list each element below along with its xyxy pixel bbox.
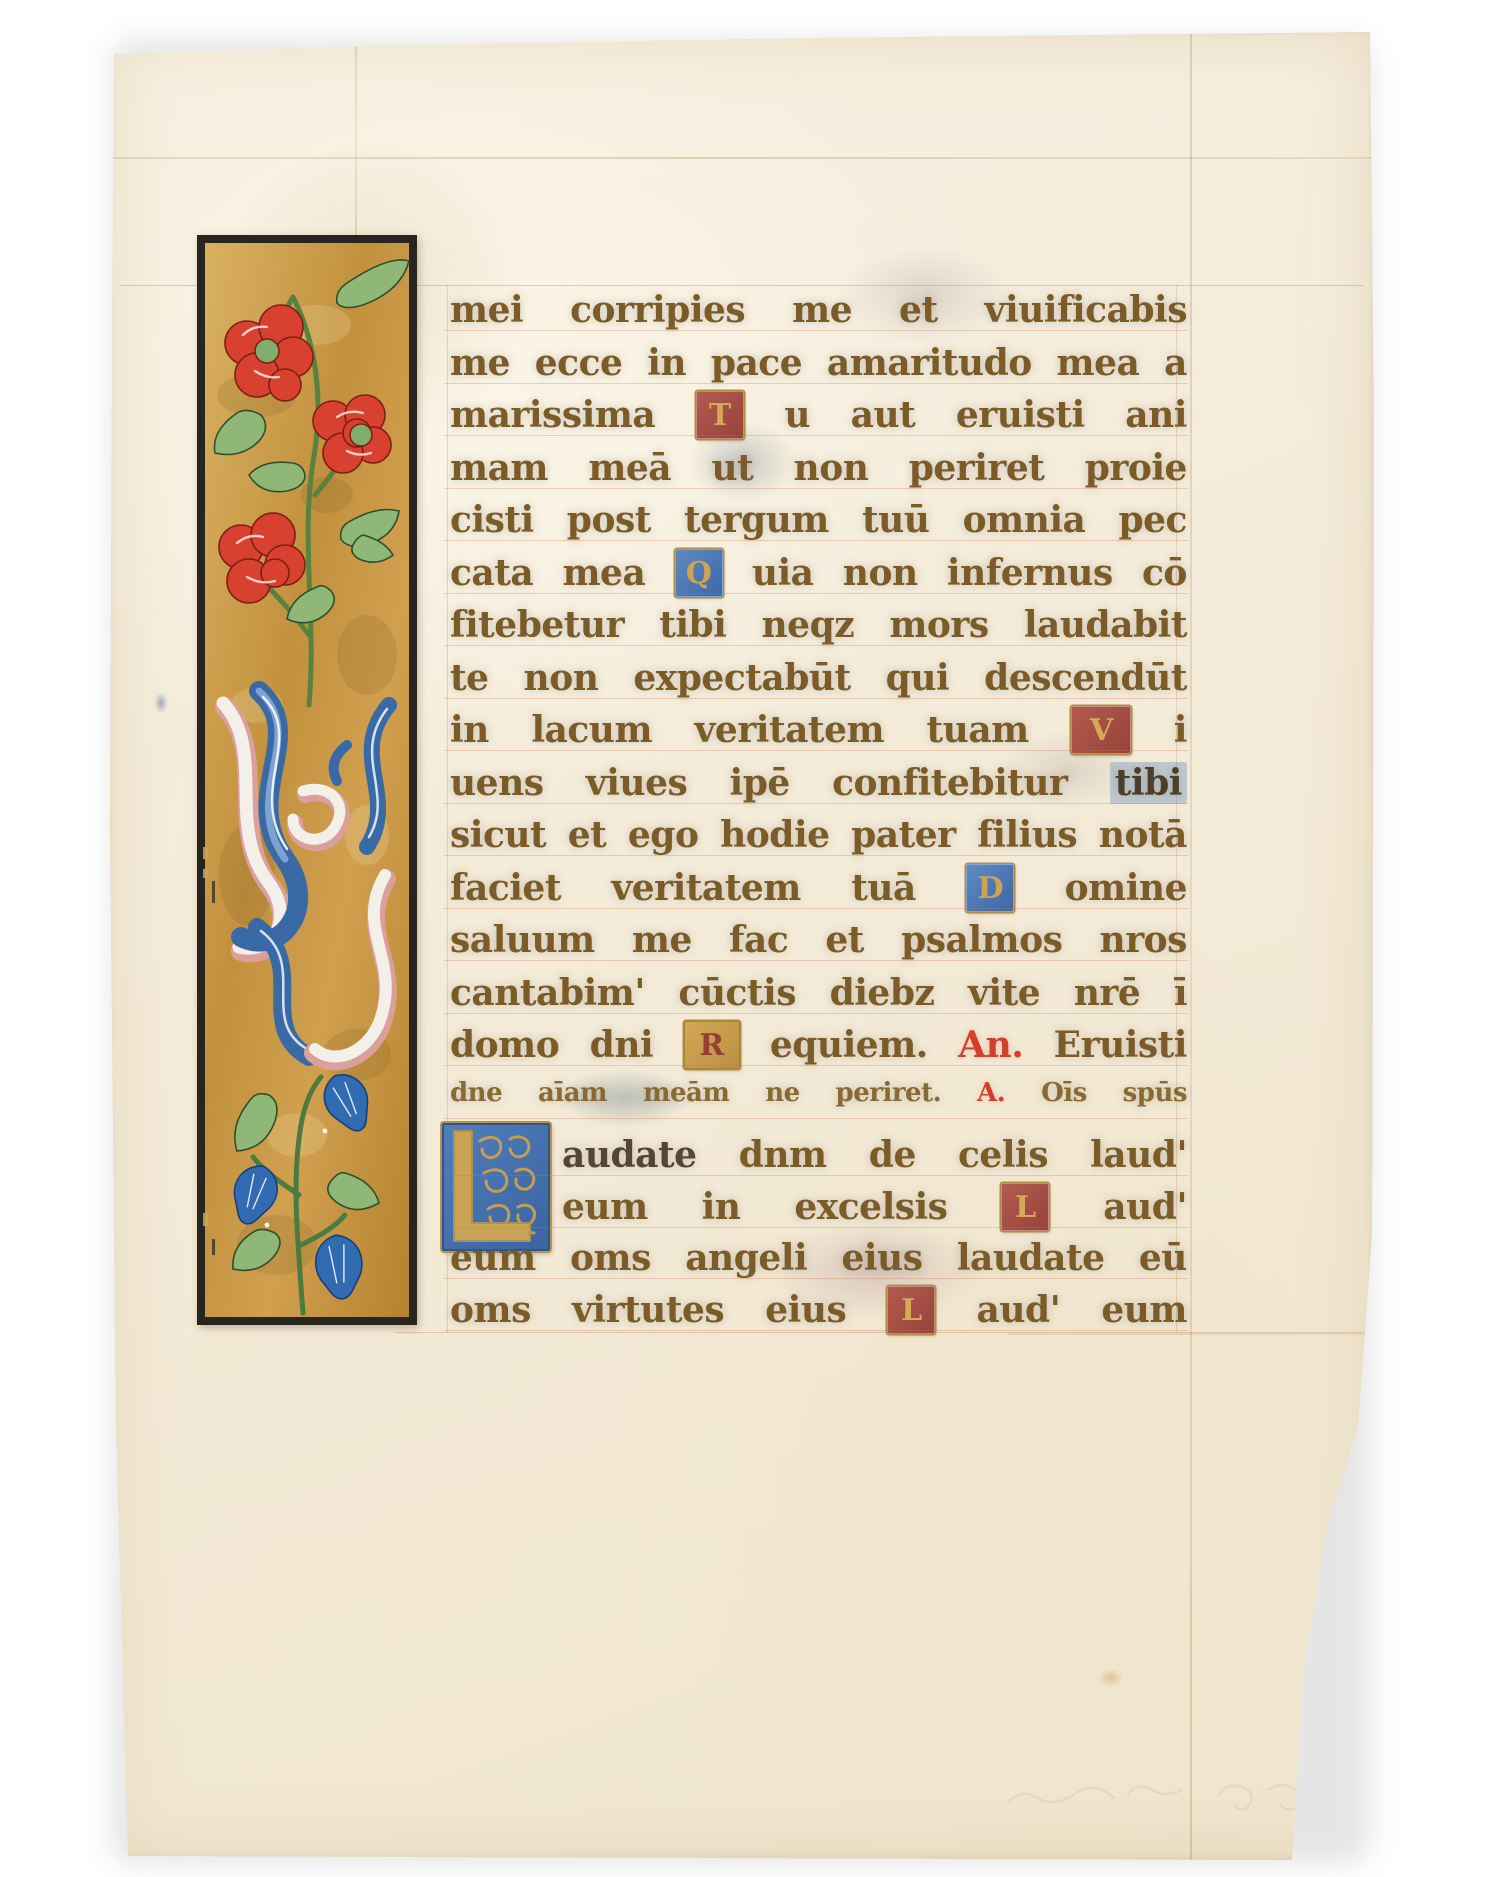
word: eum <box>450 1237 536 1279</box>
word: dni <box>590 1024 654 1066</box>
ruling-line <box>444 1278 1188 1279</box>
ruling-line <box>444 855 1188 856</box>
word: marissima <box>450 394 655 436</box>
word: aud' <box>977 1289 1061 1331</box>
word: tuā <box>851 867 916 909</box>
ruling-line <box>444 908 1188 909</box>
word: dnm <box>739 1134 827 1176</box>
illuminated-border-panel <box>197 235 417 1325</box>
ruling-line <box>444 1065 1188 1066</box>
text-line: inlacumveritatemtuamVi <box>450 700 1187 760</box>
word: i <box>1174 709 1187 751</box>
word: pace <box>711 342 802 384</box>
word: ipē <box>730 762 790 804</box>
ruling-line <box>444 960 1188 961</box>
text-line: fitebeturtibineqzmorslaudabit <box>450 595 1187 655</box>
word: meā <box>588 447 671 489</box>
word: mam <box>450 447 548 489</box>
word: veritatem <box>695 709 885 751</box>
word: faciet <box>450 867 561 909</box>
word: notā <box>1099 814 1187 856</box>
word: meām <box>643 1078 729 1108</box>
word: dne <box>450 1078 502 1108</box>
word: vite <box>968 972 1040 1014</box>
word: fitebetur <box>450 604 624 646</box>
word: uens <box>450 762 544 804</box>
word: equiem. <box>770 1024 928 1066</box>
text-line: sicutetegohodiepaterfiliusnotā <box>450 805 1187 865</box>
word: psalmos <box>901 919 1062 961</box>
word: tibi <box>659 604 726 646</box>
word: angeli <box>685 1237 807 1279</box>
horizontal-crease <box>108 157 1374 159</box>
text-line: eumomsangelieiuslaudateeū <box>450 1228 1187 1288</box>
text-line: omsvirtuteseiusLaud'eum <box>450 1280 1187 1340</box>
ruling-line <box>444 488 1188 489</box>
word: neqz <box>761 604 854 646</box>
word: mei <box>450 289 523 331</box>
word: u <box>784 394 810 436</box>
vertical-crease-left <box>355 44 357 236</box>
word: in <box>647 342 686 384</box>
word: expectabūt <box>633 657 850 699</box>
border-panel-art <box>197 235 417 1325</box>
ruling-line <box>444 750 1188 751</box>
text-line: facietveritatemtuāDomine <box>450 858 1187 918</box>
word: descendūt <box>984 657 1187 699</box>
manuscript-leaf: meicorripiesmeetviuificabismeecceinpacea… <box>108 30 1374 1860</box>
word: me <box>792 289 852 331</box>
word: infernus <box>947 552 1113 594</box>
text-line: tenonexpectabūtquidescendūt <box>450 648 1187 708</box>
word: tuam <box>927 709 1029 751</box>
word: pec <box>1118 499 1187 541</box>
word: qui <box>886 657 950 699</box>
text-line: cistiposttergumtuūomniapec <box>450 490 1187 550</box>
word: domo <box>450 1024 559 1066</box>
ruling-line <box>444 1330 1188 1331</box>
word: et <box>899 289 938 331</box>
word: ani <box>1125 394 1187 436</box>
word: viuificabis <box>985 289 1187 331</box>
word: fac <box>729 919 788 961</box>
word: veritatem <box>611 867 801 909</box>
word: saluum <box>450 919 595 961</box>
word: confitebitur <box>832 762 1067 804</box>
rubric: A. <box>977 1078 1005 1108</box>
word: cantabim' <box>450 972 645 1014</box>
word: cata <box>450 552 533 594</box>
word: oms <box>450 1289 531 1331</box>
word: me <box>450 342 510 384</box>
word: eum <box>562 1186 648 1228</box>
word: amaritudo <box>827 342 1032 384</box>
decorated-initial: D <box>966 864 1014 912</box>
ruling-line <box>444 1013 1188 1014</box>
word: in <box>702 1186 741 1228</box>
word: periret. <box>836 1078 942 1108</box>
text-line: saluummefacetpsalmosnros <box>450 910 1187 970</box>
word: laudate <box>957 1237 1105 1279</box>
word: nros <box>1100 919 1187 961</box>
decorated-initial: R <box>684 1021 740 1069</box>
ruling-line <box>444 540 1188 541</box>
decorated-initial: Q <box>675 549 723 597</box>
word: aīam <box>538 1078 607 1108</box>
word: aut <box>851 394 916 436</box>
word: te <box>450 657 489 699</box>
ruling-line <box>444 1227 1188 1228</box>
vertical-crease-right <box>1190 30 1192 1860</box>
stain <box>1098 1668 1124 1688</box>
word: tibi <box>1110 762 1187 804</box>
word: mea <box>1057 342 1140 384</box>
word: diebz <box>830 972 935 1014</box>
word: eius <box>841 1237 922 1279</box>
word: nrē <box>1074 972 1141 1014</box>
word: mea <box>562 552 645 594</box>
word: audate <box>562 1134 697 1176</box>
word: a <box>1164 342 1187 384</box>
text-line: dneaīammeāmneperiret.A.Oīsspūs <box>450 1068 1187 1118</box>
word: ut <box>711 447 753 489</box>
word: omnia <box>963 499 1086 541</box>
decorated-initial: T <box>696 391 744 439</box>
word: tergum <box>684 499 829 541</box>
word: virtutes <box>572 1289 724 1331</box>
word: spūs <box>1123 1078 1187 1108</box>
word: ego <box>628 814 699 856</box>
word: cō <box>1142 552 1187 594</box>
ruling-line <box>444 383 1188 384</box>
decorated-initial: V <box>1071 706 1131 754</box>
word: filius <box>977 814 1077 856</box>
ruling-line <box>444 1175 1188 1176</box>
text-line: mammeāutnonperiretproie <box>450 438 1187 498</box>
word: ī <box>1174 972 1187 1014</box>
word: corripies <box>570 289 745 331</box>
word: uia <box>752 552 814 594</box>
word: laud' <box>1090 1134 1187 1176</box>
decorated-initial: L <box>887 1286 935 1334</box>
word: oms <box>570 1237 651 1279</box>
stain <box>154 692 168 714</box>
ruling-line <box>444 803 1188 804</box>
word: lacum <box>531 709 652 751</box>
word: non <box>524 657 599 699</box>
ruling-line <box>444 1118 1188 1119</box>
text-line: catameaQuianoninfernuscō <box>450 543 1187 603</box>
ruling-line <box>444 593 1188 594</box>
text-line: meicorripiesmeetviuificabis <box>450 280 1187 340</box>
ruling-line <box>444 330 1188 331</box>
text-line: cantabim'cūctisdiebzvitenrēī <box>450 963 1187 1023</box>
word: omine <box>1065 867 1187 909</box>
word: post <box>567 499 651 541</box>
word: eruisti <box>956 394 1085 436</box>
word: non <box>794 447 869 489</box>
ruling-line <box>444 435 1188 436</box>
word: Eruisti <box>1054 1024 1187 1066</box>
word: ne <box>765 1078 799 1108</box>
decorated-initial: L <box>1001 1183 1049 1231</box>
rubric: An. <box>958 1024 1023 1066</box>
word: in <box>450 709 489 751</box>
text-line: uensviuesipēconfitebiturtibi <box>450 753 1187 813</box>
text-line: meecceinpaceamaritudomeaa <box>450 333 1187 393</box>
word: et <box>825 919 864 961</box>
text-line: domodniRequiem.An.Eruisti <box>450 1015 1187 1075</box>
word: et <box>568 814 607 856</box>
word: periret <box>909 447 1045 489</box>
word: cūctis <box>678 972 796 1014</box>
word: Oīs <box>1041 1078 1087 1108</box>
word: proie <box>1085 447 1187 489</box>
ruling-line <box>444 698 1188 699</box>
photograph-backdrop: meicorripiesmeetviuificabismeecceinpacea… <box>0 0 1500 1877</box>
word: pater <box>851 814 956 856</box>
word: laudabit <box>1024 604 1187 646</box>
word: ecce <box>535 342 623 384</box>
word: mors <box>889 604 988 646</box>
text-line: marissimaTuauteruistiani <box>450 385 1187 445</box>
word: me <box>632 919 692 961</box>
word: excelsis <box>794 1186 947 1228</box>
word: eū <box>1139 1237 1187 1279</box>
word: hodie <box>720 814 829 856</box>
ruling-line <box>444 645 1188 646</box>
word: cisti <box>450 499 534 541</box>
text-line: audatednmdecelislaud' <box>450 1125 1187 1185</box>
word: de <box>869 1134 916 1176</box>
word: tuū <box>862 499 929 541</box>
word: sicut <box>450 814 546 856</box>
word: celis <box>958 1134 1048 1176</box>
word: non <box>843 552 918 594</box>
word: eius <box>765 1289 846 1331</box>
word: eum <box>1101 1289 1187 1331</box>
word: aud' <box>1103 1186 1187 1228</box>
word: viues <box>586 762 687 804</box>
